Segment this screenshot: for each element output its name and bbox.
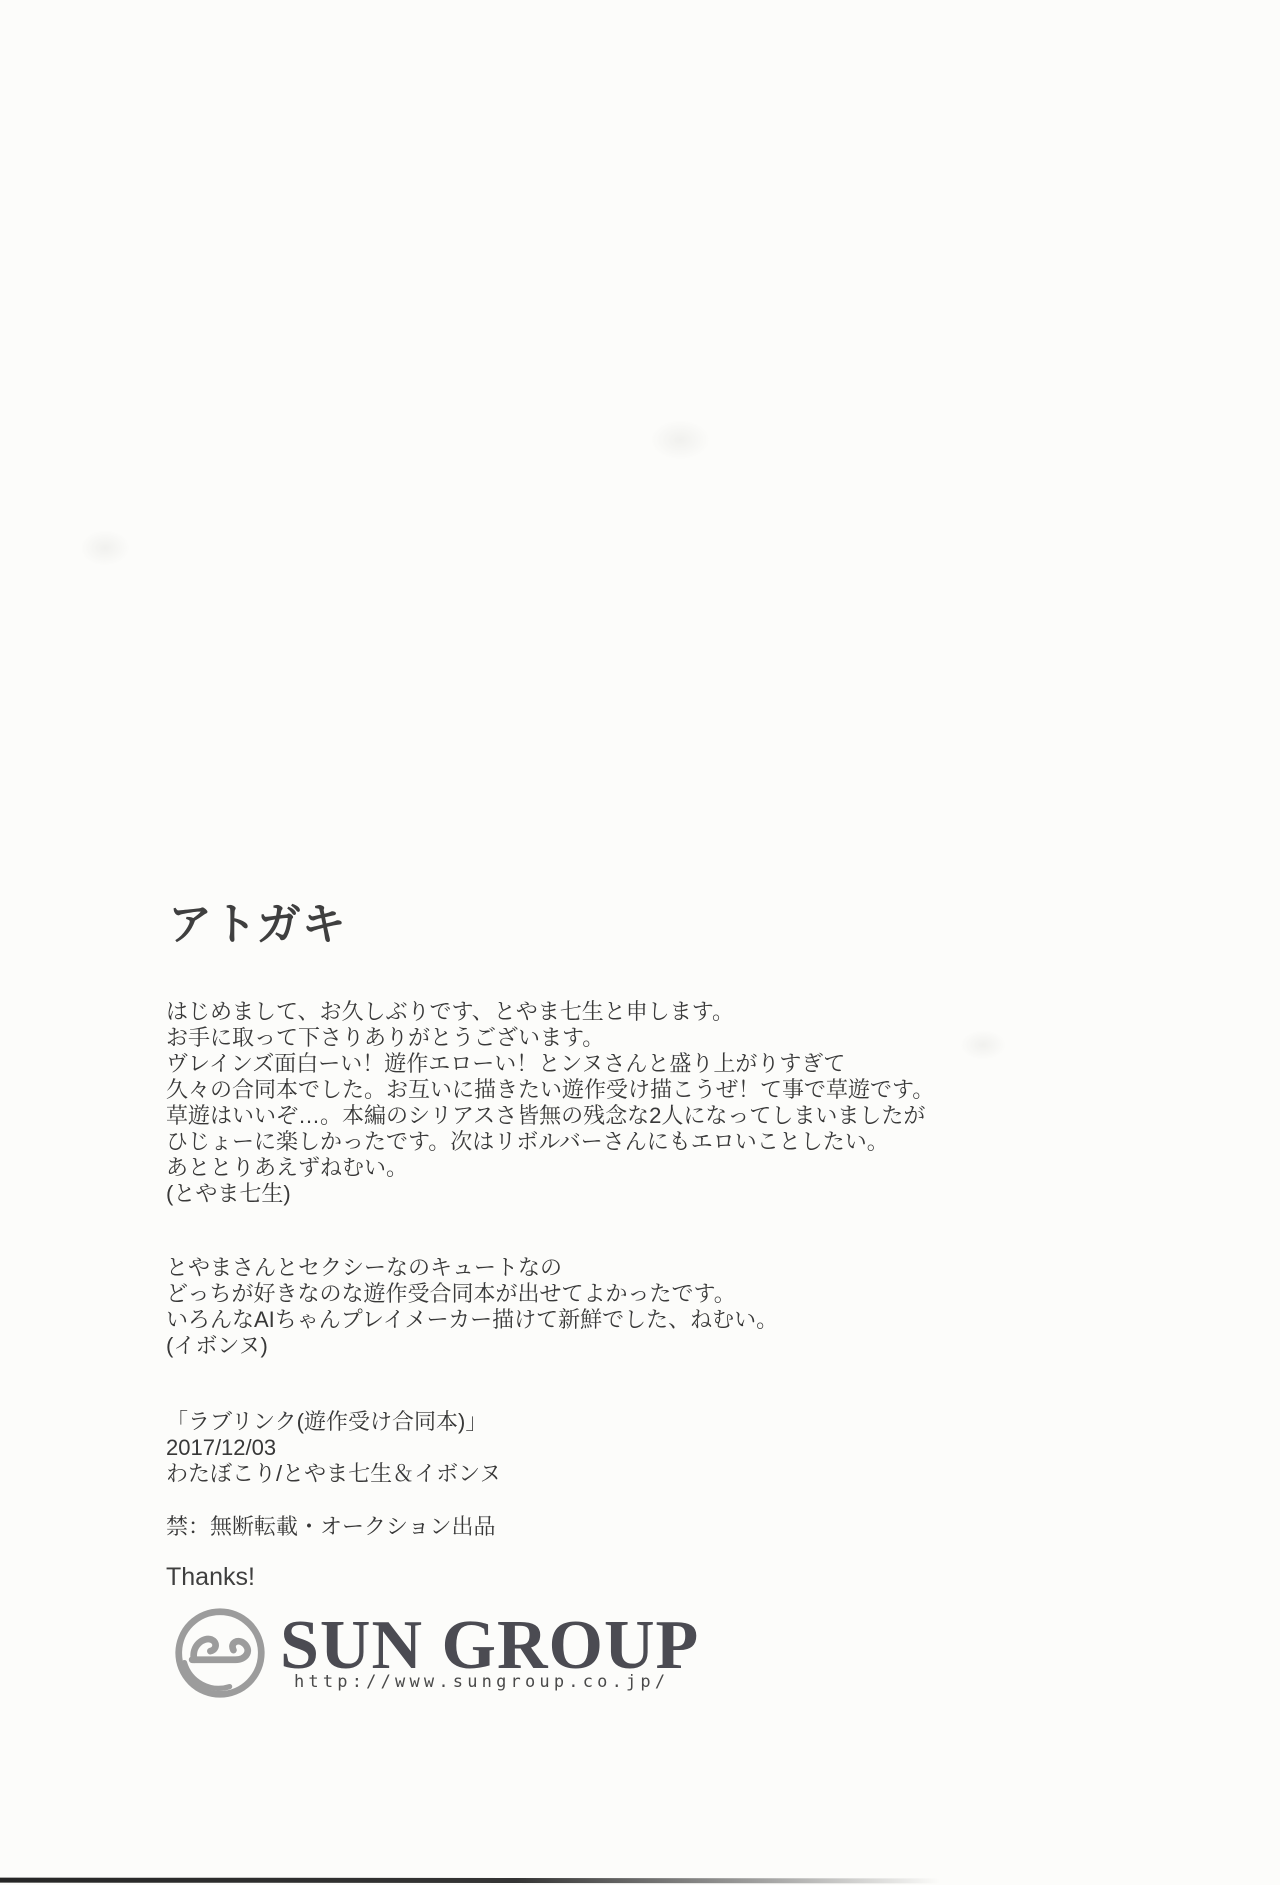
scan-edge-artifact — [0, 1878, 940, 1884]
yvonne-note-signature: (イボンヌ) — [166, 1333, 778, 1359]
scan-smudge — [960, 1030, 1006, 1060]
toyama-note-signature: (とやま七生) — [166, 1181, 934, 1207]
scan-smudge — [80, 530, 130, 566]
circle-authors: わたぼこり/とやま七生＆イボンヌ — [166, 1461, 501, 1487]
yvonne-note-line: とやまさんとセクシーなのキュートなの — [166, 1255, 778, 1281]
yvonne-note-line: いろんなAIちゃんプレイメーカー描けて新鮮でした、ねむい。 — [166, 1307, 778, 1333]
publication-date: 2017/12/03 — [166, 1435, 501, 1461]
sun-group-url: http://www.sungroup.co.jp/ — [294, 1672, 669, 1692]
yvonne-note: とやまさんとセクシーなのキュートなの どっちが好きなのな遊作受合同本が出せてよか… — [166, 1255, 778, 1359]
toyama-note-line: 草遊はいいぞ…。本編のシリアスさ皆無の残念な2人になってしまいましたが — [166, 1103, 934, 1129]
toyama-note-line: お手に取って下さりありがとうございます。 — [166, 1025, 934, 1051]
toyama-note-line: 久々の合同本でした。お互いに描きたい遊作受け描こうぜ！て事で草遊です。 — [166, 1077, 934, 1103]
afterword-heading: アトガキ — [168, 888, 347, 952]
toyama-note-line: ヴレインズ面白ーい！遊作エローい！とンヌさんと盛り上がりすぎて — [166, 1051, 934, 1077]
scanned-afterword-page: アトガキ はじめまして、お久しぶりです、とやま七生と申します。 お手に取って下さ… — [0, 0, 1280, 1885]
sun-group-logo-icon — [172, 1602, 268, 1704]
sun-group-logo: SUN GROUP http://www.sungroup.co.jp/ — [172, 1598, 732, 1718]
toyama-note-line: はじめまして、お久しぶりです、とやま七生と申します。 — [166, 999, 934, 1025]
toyama-note-line: ひじょーに楽しかったです。次はリボルバーさんにもエロいことしたい。 — [166, 1129, 934, 1155]
scan-smudge — [650, 420, 710, 460]
book-title: 「ラブリンク(遊作受け合同本)」 — [166, 1409, 501, 1435]
prohibition-notice: 禁：無断転載・オークション出品 — [166, 1514, 496, 1540]
toyama-note-line: あととりあえずねむい。 — [166, 1155, 934, 1181]
thanks-label: Thanks! — [166, 1563, 255, 1592]
yvonne-note-line: どっちが好きなのな遊作受合同本が出せてよかったです。 — [166, 1281, 778, 1307]
colophon: 「ラブリンク(遊作受け合同本)」 2017/12/03 わたぼこり/とやま七生＆… — [166, 1409, 501, 1487]
toyama-note: はじめまして、お久しぶりです、とやま七生と申します。 お手に取って下さりありがと… — [166, 999, 934, 1207]
